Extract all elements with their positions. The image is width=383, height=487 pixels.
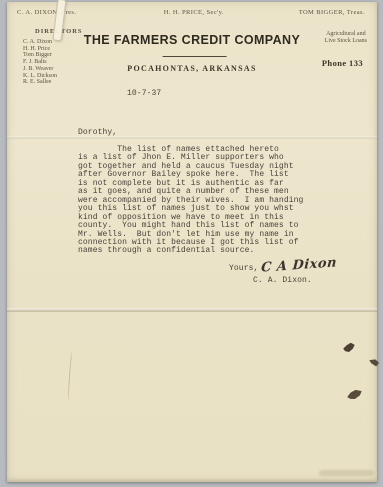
company-name: THE FARMERS CREDIT COMPANY	[7, 33, 377, 47]
scan-background: { "letterhead": { "officers": { "preside…	[0, 0, 383, 487]
closing: Yours,	[229, 264, 258, 273]
fold-crease-top	[7, 136, 377, 139]
signature-script: C A Dixon	[261, 255, 338, 275]
masthead-divider-rule	[163, 56, 227, 57]
date-line: 10-7-37	[127, 89, 161, 98]
scratch-mark	[67, 352, 73, 400]
services-line-1: Agricultural and	[325, 31, 367, 38]
signature-typed: C. A. Dixon.	[253, 276, 312, 285]
ink-speck	[342, 342, 355, 353]
director-name: R. E. Sallee	[23, 79, 57, 86]
fold-crease-bottom	[7, 308, 377, 312]
phone-number: Phone 133	[322, 58, 363, 68]
ink-speck	[347, 389, 363, 399]
letter-document: C. A. DIXON, Pres. H. H. PRICE, Sec'y. T…	[7, 2, 377, 482]
officer-president: C. A. DIXON, Pres.	[17, 9, 76, 16]
director-name: Tom Bigger	[23, 52, 57, 59]
services-block: Agricultural and Live Stock Loans	[325, 31, 367, 44]
letter-body: The list of names ettached hereto is a l…	[78, 146, 303, 256]
ink-speck	[368, 357, 380, 367]
officer-treasurer: TOM BIGGER, Treas.	[299, 9, 365, 16]
officer-secretary: H. H. PRICE, Sec'y.	[164, 9, 224, 16]
smudge-mark	[319, 470, 374, 476]
director-name: K. L. Dickson	[23, 73, 57, 80]
services-line-2: Live Stock Loans	[325, 38, 367, 45]
